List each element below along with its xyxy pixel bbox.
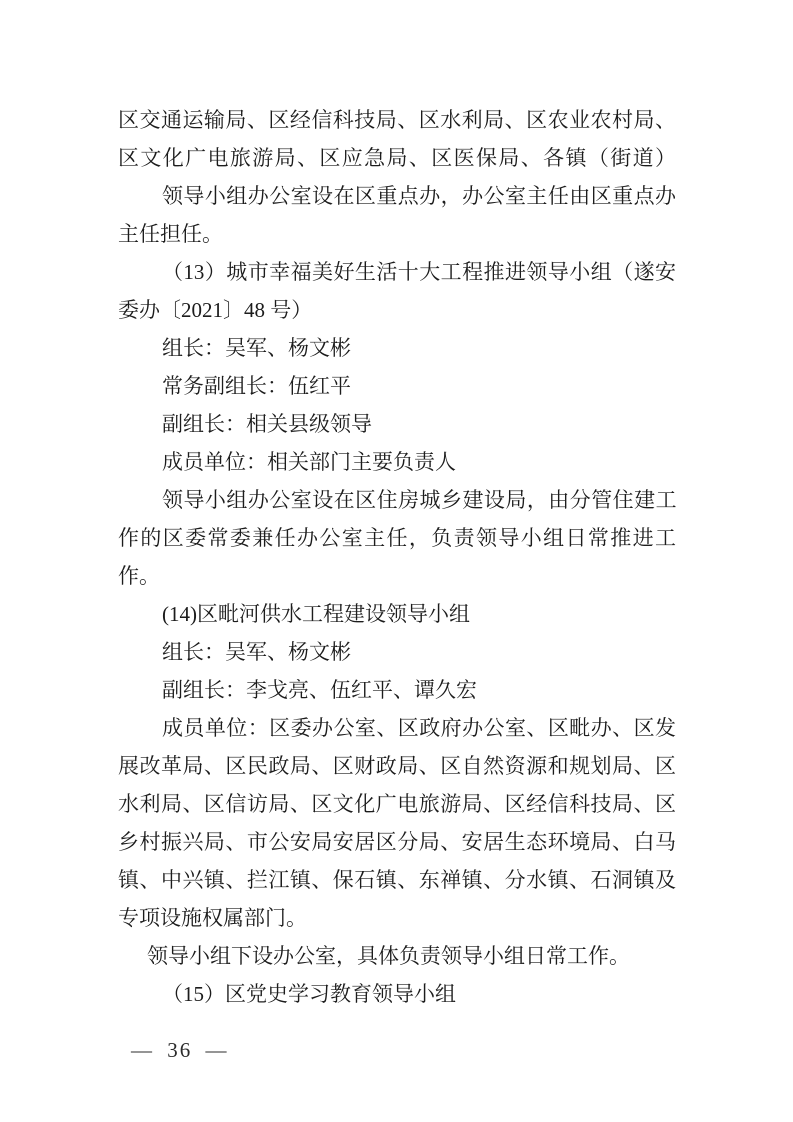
- text-line: 成员单位：区委办公室、区政府办公室、区毗办、区发: [118, 709, 676, 747]
- text-line: 作的区委常委兼任办公室主任，负责领导小组日常推进工: [118, 519, 676, 557]
- text-line: 组长：吴军、杨文彬: [118, 633, 676, 671]
- text-line: 区文化广电旅游局、区应急局、区医保局、各镇（街道）: [118, 139, 676, 177]
- text-line: 组长：吴军、杨文彬: [118, 329, 676, 367]
- section-heading-13: （13）城市幸福美好生活十大工程推进领导小组（遂安: [118, 253, 676, 291]
- text-line: 成员单位：相关部门主要负责人: [118, 443, 676, 481]
- text-line: 展改革局、区民政局、区财政局、区自然资源和规划局、区: [118, 747, 676, 785]
- text-line: 领导小组办公室设在区住房城乡建设局，由分管住建工: [118, 481, 676, 519]
- section-heading-14: (14)区毗河供水工程建设领导小组: [118, 595, 676, 633]
- text-line: 领导小组下设办公室，具体负责领导小组日常工作。: [118, 937, 676, 975]
- page-number: — 36 —: [131, 1036, 229, 1064]
- text-line: 常务副组长：伍红平: [118, 367, 676, 405]
- text-line: 副组长：李戈亮、伍红平、谭久宏: [118, 671, 676, 709]
- section-heading-15: （15）区党史学习教育领导小组: [118, 975, 676, 1013]
- document-page: 区交通运输局、区经信科技局、区水利局、区农业农村局、 区文化广电旅游局、区应急局…: [0, 0, 793, 1122]
- text-line: 乡村振兴局、市公安局安居区分局、安居生态环境局、白马: [118, 823, 676, 861]
- text-line: 副组长：相关县级领导: [118, 405, 676, 443]
- text-line: 专项设施权属部门。: [118, 899, 676, 937]
- text-line: 委办〔2021〕48 号）: [118, 291, 676, 329]
- document-body: 区交通运输局、区经信科技局、区水利局、区农业农村局、 区文化广电旅游局、区应急局…: [118, 101, 676, 1013]
- text-line: 水利局、区信访局、区文化广电旅游局、区经信科技局、区: [118, 785, 676, 823]
- text-line: 作。: [118, 557, 676, 595]
- text-line: 主任担任。: [118, 215, 676, 253]
- text-line: 领导小组办公室设在区重点办，办公室主任由区重点办: [118, 177, 676, 215]
- text-line: 镇、中兴镇、拦江镇、保石镇、东禅镇、分水镇、石洞镇及: [118, 861, 676, 899]
- text-line: 区交通运输局、区经信科技局、区水利局、区农业农村局、: [118, 101, 676, 139]
